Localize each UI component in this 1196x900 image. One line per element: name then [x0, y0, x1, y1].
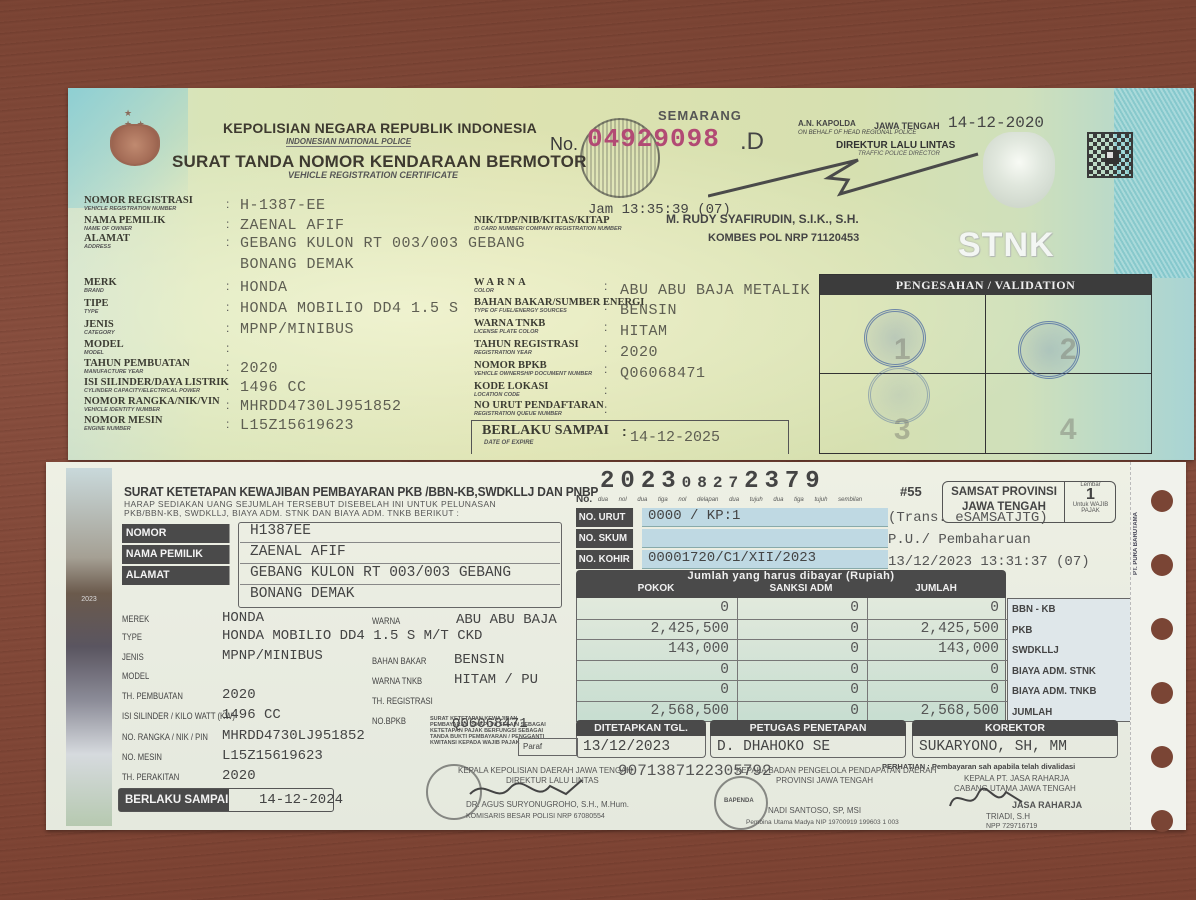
validation-cell-number: 4 — [1060, 413, 1077, 447]
perforated-edge: PT. PURA BARUTAMA — [1130, 462, 1186, 830]
owner-name-label: NAMA PEMILIK — [122, 545, 230, 564]
colon: : — [622, 423, 627, 439]
vehicle-field-value: HONDA MOBILIO DD4 1.5 S M/T CKD — [222, 628, 482, 644]
stnk-field-label: BAHAN BAKAR/SUMBER ENERGITYPE OF FUEL/EN… — [474, 298, 644, 314]
validation-cell-1: 1 — [820, 295, 986, 374]
vehicle-field-label: TH. REGISTRASI — [372, 696, 433, 706]
owner-name-value: ZAENAL AFIF — [250, 544, 346, 560]
police-emblem-icon: ★★ ★ — [104, 108, 166, 168]
document-title: SURAT TANDA NOMOR KENDARAAN BERMOTOR — [172, 152, 587, 172]
skkp-expiry-value: 14-12-2024 — [259, 792, 343, 808]
skkp-expiry-label: BERLAKU SAMPAI — [119, 789, 229, 811]
field-label: MERK — [84, 278, 117, 288]
colon: : — [226, 197, 229, 211]
kohir-label: NO. KOHIR — [576, 550, 633, 569]
document-number-digit: 0 — [620, 468, 640, 495]
vehicle-field-label: JENIS — [122, 652, 144, 662]
stnk-field-value: MHRDD4730LJ951852 — [240, 398, 402, 415]
payment-jumlah-cell: 143,000 — [867, 641, 999, 657]
field-label-en: ADDRESS — [84, 244, 130, 250]
stnk-field-label: TAHUN PEMBUATANMANUFACTURE YEAR — [84, 359, 190, 375]
payment-jumlah-cell: 2,425,500 — [867, 621, 999, 637]
colon: : — [226, 341, 229, 355]
signatory-2-stamp-text: BAPENDA — [724, 796, 754, 806]
stnk-field-value: GEBANG KULON RT 003/003 GEBANG — [240, 235, 525, 252]
vehicle-field-label: NO. MESIN — [122, 752, 162, 762]
field-label-en: MODEL — [84, 350, 124, 356]
expiry-box: BERLAKU SAMPAI DATE OF EXPIRE : 14-12-20… — [471, 420, 789, 454]
stnk-logo: STNK — [958, 226, 1055, 265]
field-label: ALAMAT — [84, 234, 130, 244]
field-label-en: COLOR — [474, 288, 529, 294]
reference-numbers: NO. URUT NO. SKUM NO. KOHIR 0000 / KP:1 … — [576, 508, 888, 570]
vehicle-field-value: MPNP/MINIBUS — [222, 648, 323, 664]
vehicle-field-value: 1496 CC — [222, 707, 281, 723]
colon: : — [604, 279, 607, 293]
serial-number: 04929098 — [587, 124, 720, 154]
payment-pokok-cell: 0 — [577, 682, 729, 698]
sheet-box: Lembar 1 Untuk WAJIB PAJAK — [1064, 482, 1116, 522]
field-label: MODEL — [84, 340, 124, 350]
vehicle-field-label: WARNA — [372, 616, 400, 626]
reg-number-value: H1387EE — [250, 523, 311, 539]
stnk-field-value: ABU ABU BAJA METALIK — [620, 282, 810, 299]
sheet-number: 1 — [1065, 488, 1116, 502]
validation-title: PENGESAHAN / VALIDATION — [820, 275, 1151, 295]
sequence-tag: #55 — [900, 484, 922, 499]
payment-caption: Jumlah yang harus dibayar (Rupiah) — [576, 570, 1006, 582]
field-label: WARNA — [474, 278, 529, 288]
payment-jumlah-cell: 0 — [867, 600, 999, 616]
field-label: NOMOR MESIN — [84, 416, 162, 426]
signatory-2-title2: PROVINSI JAWA TENGAH — [776, 776, 873, 786]
payment-sanksi-cell: 0 — [737, 703, 859, 719]
stnk-field-value: HONDA — [240, 279, 288, 296]
payment-sanksi-cell: 0 — [737, 682, 859, 698]
vehicle-field-value: 2020 — [222, 768, 256, 784]
stnk-field-value-2: BONANG DEMAK — [240, 256, 354, 273]
field-label-en: VEHICLE IDENTITY NUMBER — [84, 407, 220, 413]
document-number-digit: 2 — [744, 468, 764, 495]
serial-label: No. — [550, 134, 578, 155]
stnk-field-label: TIPETYPE — [84, 299, 109, 315]
field-label: JENIS — [84, 320, 115, 330]
transaction-channel: (Trans. eSAMSATJTG) — [888, 510, 1048, 526]
vehicle-field-label: BAHAN BAKAR — [372, 656, 426, 666]
document-number-digit: 8 — [697, 474, 713, 492]
colon: : — [604, 383, 607, 397]
expiry-label: BERLAKU SAMPAI — [482, 423, 609, 439]
document-number-words: dua nol dua tiga nol delapan dua tujuh d… — [598, 497, 862, 503]
corrector-label: KOREKTOR — [912, 720, 1118, 736]
validation-cell-2: 2 — [986, 295, 1152, 374]
colon: : — [226, 300, 229, 314]
payment-sanksi-cell: 0 — [737, 600, 859, 616]
document-number-digit: 7 — [785, 468, 805, 495]
stnk-field-label: WARNACOLOR — [474, 278, 529, 294]
skkp-subtitle-line2: PKB/BBN-KB, SWDKLLJ, BIAYA ADM. STNK DAN… — [124, 509, 496, 518]
validation-cell-number: 2 — [1060, 333, 1077, 367]
signatory-2-title: KEPALA BADAN PENGELOLA PENDAPATAN DAERAH — [736, 766, 936, 776]
field-label: NO URUT PENDAFTARAN — [474, 401, 604, 411]
stnk-field-label: WARNA TNKBLICENSE PLATE COLOR — [474, 319, 545, 335]
security-pattern-right — [1114, 88, 1194, 278]
stnk-field-value: H-1387-EE — [240, 197, 326, 214]
stnk-card: ★★ ★ KEPOLISIAN NEGARA REPUBLIK INDONESI… — [68, 88, 1194, 460]
paraf-box: Paraf — [518, 738, 578, 756]
colon: : — [604, 217, 607, 231]
signatory-1-rank: KOMISARIS BESAR POLISI NRP 67080554 — [466, 812, 605, 822]
payment-row-label: BBN - KB — [1012, 603, 1055, 615]
field-label: NOMOR REGISTRASI — [84, 196, 193, 206]
perforation-hole — [1151, 618, 1173, 640]
row-divider — [577, 660, 1007, 661]
assessed-date-box: DITETAPKAN TGL. 13/12/2023 — [576, 720, 706, 760]
document-number-label: No. — [576, 494, 592, 505]
row-divider — [577, 680, 1007, 681]
document-number-digit: 0 — [682, 474, 698, 492]
hologram-year: 2023 — [66, 596, 112, 603]
vehicle-field-label: TH. PERAKITAN — [122, 772, 179, 782]
stnk-field-label: JENISCATEGORY — [84, 320, 115, 336]
perforation-hole — [1151, 490, 1173, 512]
vehicle-field-label: ISI SILINDER / KILO WATT (KW) — [122, 711, 235, 721]
stnk-field-label: MODELMODEL — [84, 340, 124, 356]
signature-icon — [466, 774, 586, 806]
field-label-en: VEHICLE REGISTRATION NUMBER — [84, 206, 193, 212]
colon: : — [226, 321, 229, 335]
payment-pokok-cell: 2,568,500 — [577, 703, 729, 719]
address-value-2: BONANG DEMAK — [250, 586, 354, 602]
skkp-expiry: BERLAKU SAMPAI 14-12-2024 — [118, 788, 334, 812]
address-value: GEBANG KULON RT 003/003 GEBANG — [250, 565, 511, 581]
validation-cell-number: 3 — [894, 413, 911, 447]
officer-box: PETUGAS PENETAPAN D. DHAHOKO SE — [710, 720, 906, 760]
document-title-en: VEHICLE REGISTRATION CERTIFICATE — [288, 170, 458, 180]
perforation-hole — [1151, 810, 1173, 832]
colon: : — [226, 279, 229, 293]
kohir-value: 00001720/C1/XII/2023 — [648, 550, 816, 566]
perforation-hole — [1151, 746, 1173, 768]
document-number-digit: 7 — [728, 474, 744, 492]
col-sanksi: SANKSI ADM — [736, 583, 866, 594]
field-label: ISI SILINDER/DAYA LISTRIK — [84, 378, 229, 388]
field-label: NOMOR BPKB — [474, 361, 592, 371]
urut-value: 0000 / KP:1 — [648, 508, 740, 524]
field-label-en: REGISTRATION YEAR — [474, 350, 579, 356]
skkp-card: 2023 SURAT KETETAPAN KEWAJIBAN PEMBAYARA… — [46, 462, 1186, 830]
vehicle-field-value: 2020 — [222, 687, 256, 703]
validation-table: PENGESAHAN / VALIDATION 1 2 3 4 — [819, 274, 1152, 454]
payment-sanksi-cell: 0 — [737, 621, 859, 637]
field-label: TAHUN PEMBUATAN — [84, 359, 190, 369]
payment-sanksi-cell: 0 — [737, 641, 859, 657]
stnk-field-value: 2020 — [240, 360, 278, 377]
vehicle-field-value: MHRDD4730LJ951852 — [222, 728, 365, 744]
stnk-field-value: MPNP/MINIBUS — [240, 321, 354, 338]
colon: : — [226, 217, 229, 231]
colon: : — [604, 299, 607, 313]
stnk-field-label: NOMOR MESINENGINE NUMBER — [84, 416, 162, 432]
col-pokok: POKOK — [576, 583, 736, 594]
stnk-field-label: ALAMATADDRESS — [84, 234, 130, 250]
payment-sanksi-cell: 0 — [737, 662, 859, 678]
field-label-en: VEHICLE OWNERSHIP DOCUMENT NUMBER — [474, 371, 592, 377]
validation-cell-4: 4 — [986, 374, 1152, 453]
field-label-en: ID CARD NUMBER/ COMPANY REGISTRATION NUM… — [474, 226, 622, 232]
issuer-line-text: A.N. KAPOLDA — [798, 119, 856, 128]
skum-field — [642, 529, 888, 548]
payment-row-label: BIAYA ADM. TNKB — [1012, 685, 1096, 697]
payment-pokok-cell: 143,000 — [577, 641, 729, 657]
field-label: NAMA PEMILIK — [84, 216, 165, 226]
field-label: TAHUN REGISTRASI — [474, 340, 579, 350]
payment-table: Jumlah yang harus dibayar (Rupiah) POKOK… — [576, 570, 1136, 720]
col-jumlah: JUMLAH — [866, 583, 1006, 594]
field-label: WARNA TNKB — [474, 319, 545, 329]
colon: : — [226, 398, 229, 412]
stnk-field-label: NOMOR RANGKA/NIK/VINVEHICLE IDENTITY NUM… — [84, 397, 220, 413]
payment-pokok-cell: 0 — [577, 662, 729, 678]
field-label: TIPE — [84, 299, 109, 309]
field-label-en: MANUFACTURE YEAR — [84, 369, 190, 375]
sheet-sub: Untuk WAJIB PAJAK — [1073, 502, 1108, 514]
document-number-digit: 2 — [600, 468, 620, 495]
vehicle-field-label: TH. PEMBUATAN — [122, 691, 183, 701]
payment-row-label: BIAYA ADM. STNK — [1012, 665, 1096, 677]
field-label: BAHAN BAKAR/SUMBER ENERGI — [474, 298, 644, 308]
perforation-hole — [1151, 682, 1173, 704]
validation-cell-number: 1 — [894, 333, 911, 367]
row-divider — [577, 639, 1007, 640]
corrector-value: SUKARYONO, SH, MM — [912, 736, 1118, 758]
colon: : — [226, 379, 229, 393]
stnk-field-value: 2020 — [620, 344, 658, 361]
stnk-field-label: NOMOR BPKBVEHICLE OWNERSHIP DOCUMENT NUM… — [474, 361, 592, 377]
field-label-en: CATEGORY — [84, 330, 115, 336]
payment-pokok-cell: 2,425,500 — [577, 621, 729, 637]
expiry-value: 14-12-2025 — [630, 429, 720, 446]
transaction-type: P.U./ Pembaharuan — [888, 532, 1031, 548]
row-divider — [577, 701, 1007, 702]
issuer-region: JAWA TENGAH — [874, 121, 940, 131]
skkp-subtitle: HARAP SEDIAKAN UANG SEJUMLAH TERSEBUT DI… — [124, 500, 496, 518]
validation-cell-3: 3 — [820, 374, 986, 453]
field-label-en: TYPE — [84, 309, 109, 315]
vehicle-field-label: WARNA TNKB — [372, 676, 422, 686]
document-number-digit: 3 — [764, 468, 784, 495]
signature-icon — [946, 784, 1026, 814]
stnk-field-value: L15Z15619623 — [240, 417, 354, 434]
field-label-en: LICENSE PLATE COLOR — [474, 329, 545, 335]
document-number-digit: 9 — [805, 468, 825, 495]
stnk-field-value: Q06068471 — [620, 365, 706, 382]
colon: : — [604, 320, 607, 334]
printer-name: PT. PURA BARUTAMA — [1133, 512, 1139, 575]
field-label: NOMOR RANGKA/NIK/VIN — [84, 397, 220, 407]
vehicle-field-value: HONDA — [222, 610, 264, 626]
stnk-field-label: ISI SILINDER/DAYA LISTRIKCYLINDER CAPACI… — [84, 378, 229, 394]
document-number-digits: 202308272379 — [600, 468, 826, 495]
assessed-date-label: DITETAPKAN TGL. — [576, 720, 706, 736]
stnk-field-label: NOMOR REGISTRASIVEHICLE REGISTRATION NUM… — [84, 196, 193, 212]
signatory-2-nip: Pembina Utama Madya NIP 19700919 199603 … — [746, 818, 899, 828]
vehicle-field-value: ABU ABU BAJA — [456, 612, 557, 628]
address-label: ALAMAT — [122, 566, 230, 585]
stnk-field-value: BENSIN — [620, 302, 677, 319]
issue-date: 14-12-2020 — [948, 114, 1044, 132]
field-label-en: NAME OF OWNER — [84, 226, 165, 232]
issuing-city: SEMARANG — [658, 108, 742, 123]
stnk-field-value: ZAENAL AFIF — [240, 217, 345, 234]
transaction-time: 13/12/2023 13:31:37 (07) — [888, 554, 1090, 570]
colon: : — [604, 402, 607, 416]
qr-code-icon — [1087, 132, 1133, 178]
colon: : — [604, 341, 607, 355]
payment-pokok-cell: 0 — [577, 600, 729, 616]
official-name: M. RUDY SYAFIRUDIN, S.I.K., S.H. — [666, 212, 859, 226]
vehicle-field-value: HITAM / PU — [454, 672, 538, 688]
vehicle-field-label: MODEL — [122, 671, 149, 681]
expiry-label-en: DATE OF EXPIRE — [484, 440, 534, 446]
skkp-title: SURAT KETETAPAN KEWAJIBAN PEMBAYARAN PKB… — [124, 484, 598, 499]
stnk-field-label: NIK/TDP/NIB/KITAS/KITAPID CARD NUMBER/ C… — [474, 216, 622, 232]
skum-label: NO. SKUM — [576, 529, 633, 548]
payment-body: 0002,425,50002,425,500143,0000143,000000… — [576, 598, 1006, 722]
payment-row-label: SWDKLLJ — [1012, 644, 1059, 656]
stnk-field-label: KODE LOKASILOCATION CODE — [474, 382, 548, 398]
stnk-field-label: NAMA PEMILIKNAME OF OWNER — [84, 216, 165, 232]
reg-number-label: NOMOR REGISTRASI — [122, 524, 230, 543]
field-label: KODE LOKASI — [474, 382, 548, 392]
field-label-en: BRAND — [84, 288, 117, 294]
officer-value: D. DHAHOKO SE — [710, 736, 906, 758]
vehicle-field-value: BENSIN — [454, 652, 504, 668]
field-label-en: CYLINDER CAPACITY/ELECTRICAL POWER — [84, 388, 229, 394]
colon: : — [226, 417, 229, 431]
stnk-field-value: HITAM — [620, 323, 668, 340]
urut-label: NO. URUT — [576, 508, 633, 527]
colon: : — [226, 235, 229, 249]
field-label-en: LOCATION CODE — [474, 392, 548, 398]
owner-box: NOMOR REGISTRASI NAMA PEMILIK ALAMAT H13… — [122, 522, 562, 608]
row-divider — [577, 619, 1007, 620]
signatory-2-name: NADI SANTOSO, SP, MSI — [768, 806, 861, 816]
signatory-3-title: KEPALA PT. JASA RAHARJA — [964, 774, 1069, 784]
document-number-digit: 2 — [713, 474, 729, 492]
document-number-digit: 2 — [641, 468, 661, 495]
signatory-3-npp: NPP 729716719 — [986, 822, 1037, 832]
payment-row-label: PKB — [1012, 624, 1032, 636]
payment-header: Jumlah yang harus dibayar (Rupiah) POKOK… — [576, 570, 1006, 598]
stnk-field-label: NO URUT PENDAFTARANREGISTRATION QUEUE NU… — [474, 401, 604, 417]
signature-icon — [708, 150, 988, 200]
vehicle-field-label: NO.BPKB — [372, 716, 406, 726]
field-label-en: ENGINE NUMBER — [84, 426, 162, 432]
vehicle-field-label: MEREK — [122, 614, 149, 624]
document-number-digit: 3 — [661, 468, 681, 495]
perforation-hole — [1151, 554, 1173, 576]
colon: : — [226, 360, 229, 374]
stnk-field-label: TAHUN REGISTRASIREGISTRATION YEAR — [474, 340, 579, 356]
stnk-field-value: HONDA MOBILIO DD4 1.5 S — [240, 300, 459, 317]
payment-jumlah-cell: 0 — [867, 682, 999, 698]
organization-name-en: INDONESIAN NATIONAL POLICE — [286, 137, 411, 147]
assessed-date-value: 13/12/2023 — [576, 736, 706, 758]
payment-row-label: JUMLAH — [1012, 706, 1052, 718]
stnk-field-value: 1496 CC — [240, 379, 307, 396]
officer-label: PETUGAS PENETAPAN — [710, 720, 906, 736]
corrector-box: KOREKTOR SUKARYONO, SH, MM — [912, 720, 1118, 760]
official-rank: KOMBES POL NRP 71120453 — [708, 232, 859, 244]
payment-jumlah-cell: 2,568,500 — [867, 703, 999, 719]
payment-jumlah-cell: 0 — [867, 662, 999, 678]
field-label-en: REGISTRATION QUEUE NUMBER — [474, 411, 604, 417]
vehicle-field-label: NO. RANGKA / NIK / PIN — [122, 732, 208, 742]
vehicle-field-label: TYPE — [122, 632, 142, 642]
colon: : — [604, 362, 607, 376]
stnk-field-label: MERKBRAND — [84, 278, 117, 294]
field-label-en: TYPE OF FUEL/ENERGY SOURCES — [474, 308, 644, 314]
hologram-icon — [983, 132, 1055, 208]
payment-labels-box — [1007, 598, 1137, 722]
vehicle-field-value: L15Z15619623 — [222, 748, 323, 764]
field-label: NIK/TDP/NIB/KITAS/KITAP — [474, 216, 622, 226]
hologram-strip: 2023 — [66, 468, 112, 826]
organization-name: KEPOLISIAN NEGARA REPUBLIK INDONESIA — [223, 120, 537, 136]
